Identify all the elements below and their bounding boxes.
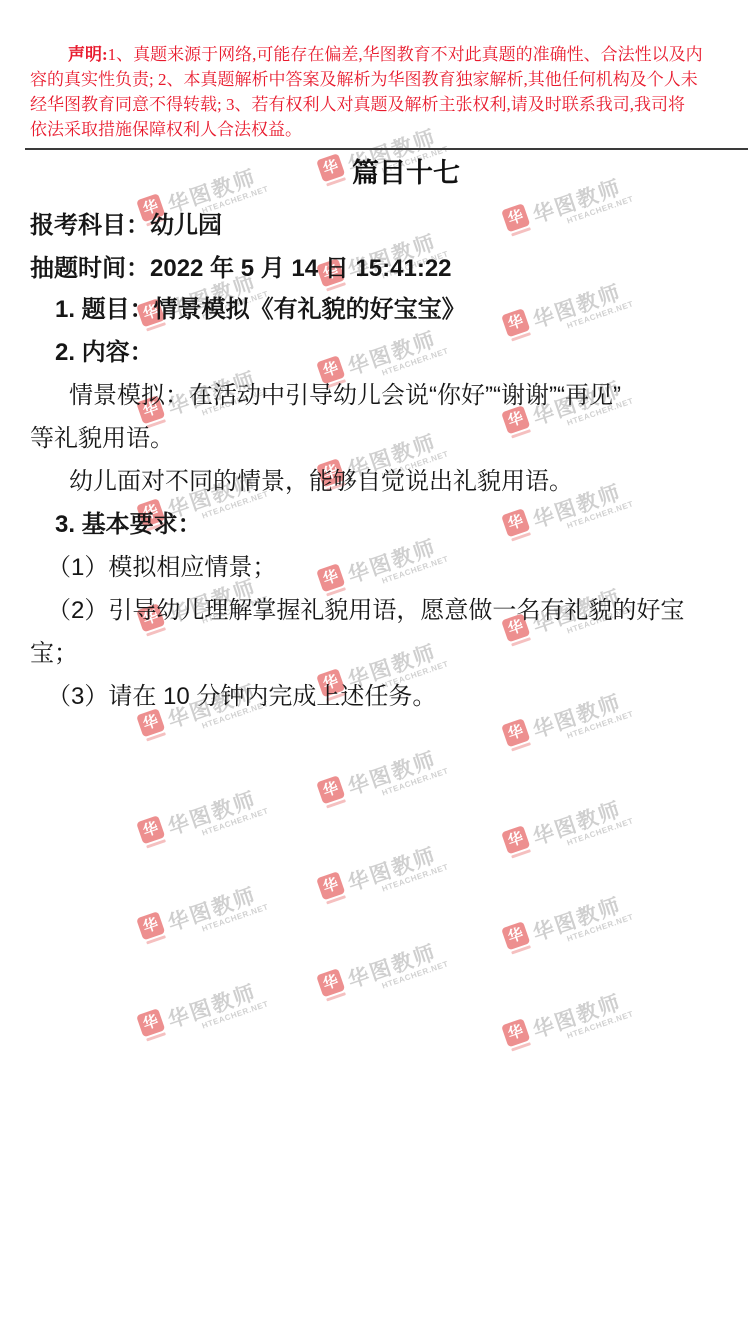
document-page: 华华图教师HTEACHER.NET华华图教师HTEACHER.NET华华图教师H… — [0, 0, 748, 1335]
page-title: 篇目十七 — [0, 156, 748, 190]
disclaimer-line: 容的真实性负责; 2、本真题解析中答案及解析为华图教育独家解析,其他任何机构及个… — [30, 67, 720, 92]
content-paragraph-line: 幼儿面对不同的情景，能够自觉说出礼貌用语。 — [69, 467, 573, 497]
disclaimer: 声明:1、真题来源于网络,可能存在偏差,华图教育不对此真题的准确性、合法性以及内… — [30, 42, 720, 142]
requirement-line: 宝； — [30, 639, 78, 669]
requirement-line: （3）请在 10 分钟内完成上述任务。 — [47, 682, 436, 712]
requirements-heading-line: 3. 基本要求： — [55, 510, 202, 540]
requirement-line: （1）模拟相应情景； — [47, 553, 276, 583]
disclaimer-line: 经华图教育同意不得转载; 3、若有权利人对真题及解析主张权利,请及时联系我司,我… — [30, 92, 720, 117]
content-heading-line: 2. 内容： — [55, 338, 154, 368]
disclaimer-label: 声明: — [68, 45, 108, 64]
disclaimer-line: 依法采取措施保障权利人合法权益。 — [30, 117, 720, 142]
content-paragraph-line: 等礼貌用语。 — [30, 424, 174, 454]
document-content: 声明:1、真题来源于网络,可能存在偏差,华图教育不对此真题的准确性、合法性以及内… — [0, 0, 748, 1335]
subject-line: 报考科目：幼儿园 — [30, 211, 222, 241]
divider-line — [25, 148, 748, 150]
disclaimer-line: 声明:1、真题来源于网络,可能存在偏差,华图教育不对此真题的准确性、合法性以及内 — [30, 42, 720, 67]
content-paragraph-line: 情景模拟：在活动中引导幼儿会说“你好”“谢谢”“再见” — [69, 381, 621, 411]
draw-time-line: 抽题时间：2022 年 5 月 14 日 15:41:22 — [30, 254, 452, 284]
requirement-line: （2）引导幼儿理解掌握礼貌用语，愿意做一名有礼貌的好宝 — [47, 596, 684, 626]
disclaimer-text: 1、真题来源于网络,可能存在偏差,华图教育不对此真题的准确性、合法性以及内 — [108, 45, 703, 64]
question-title-line: 1. 题目：情景模拟《有礼貌的好宝宝》 — [55, 295, 466, 325]
